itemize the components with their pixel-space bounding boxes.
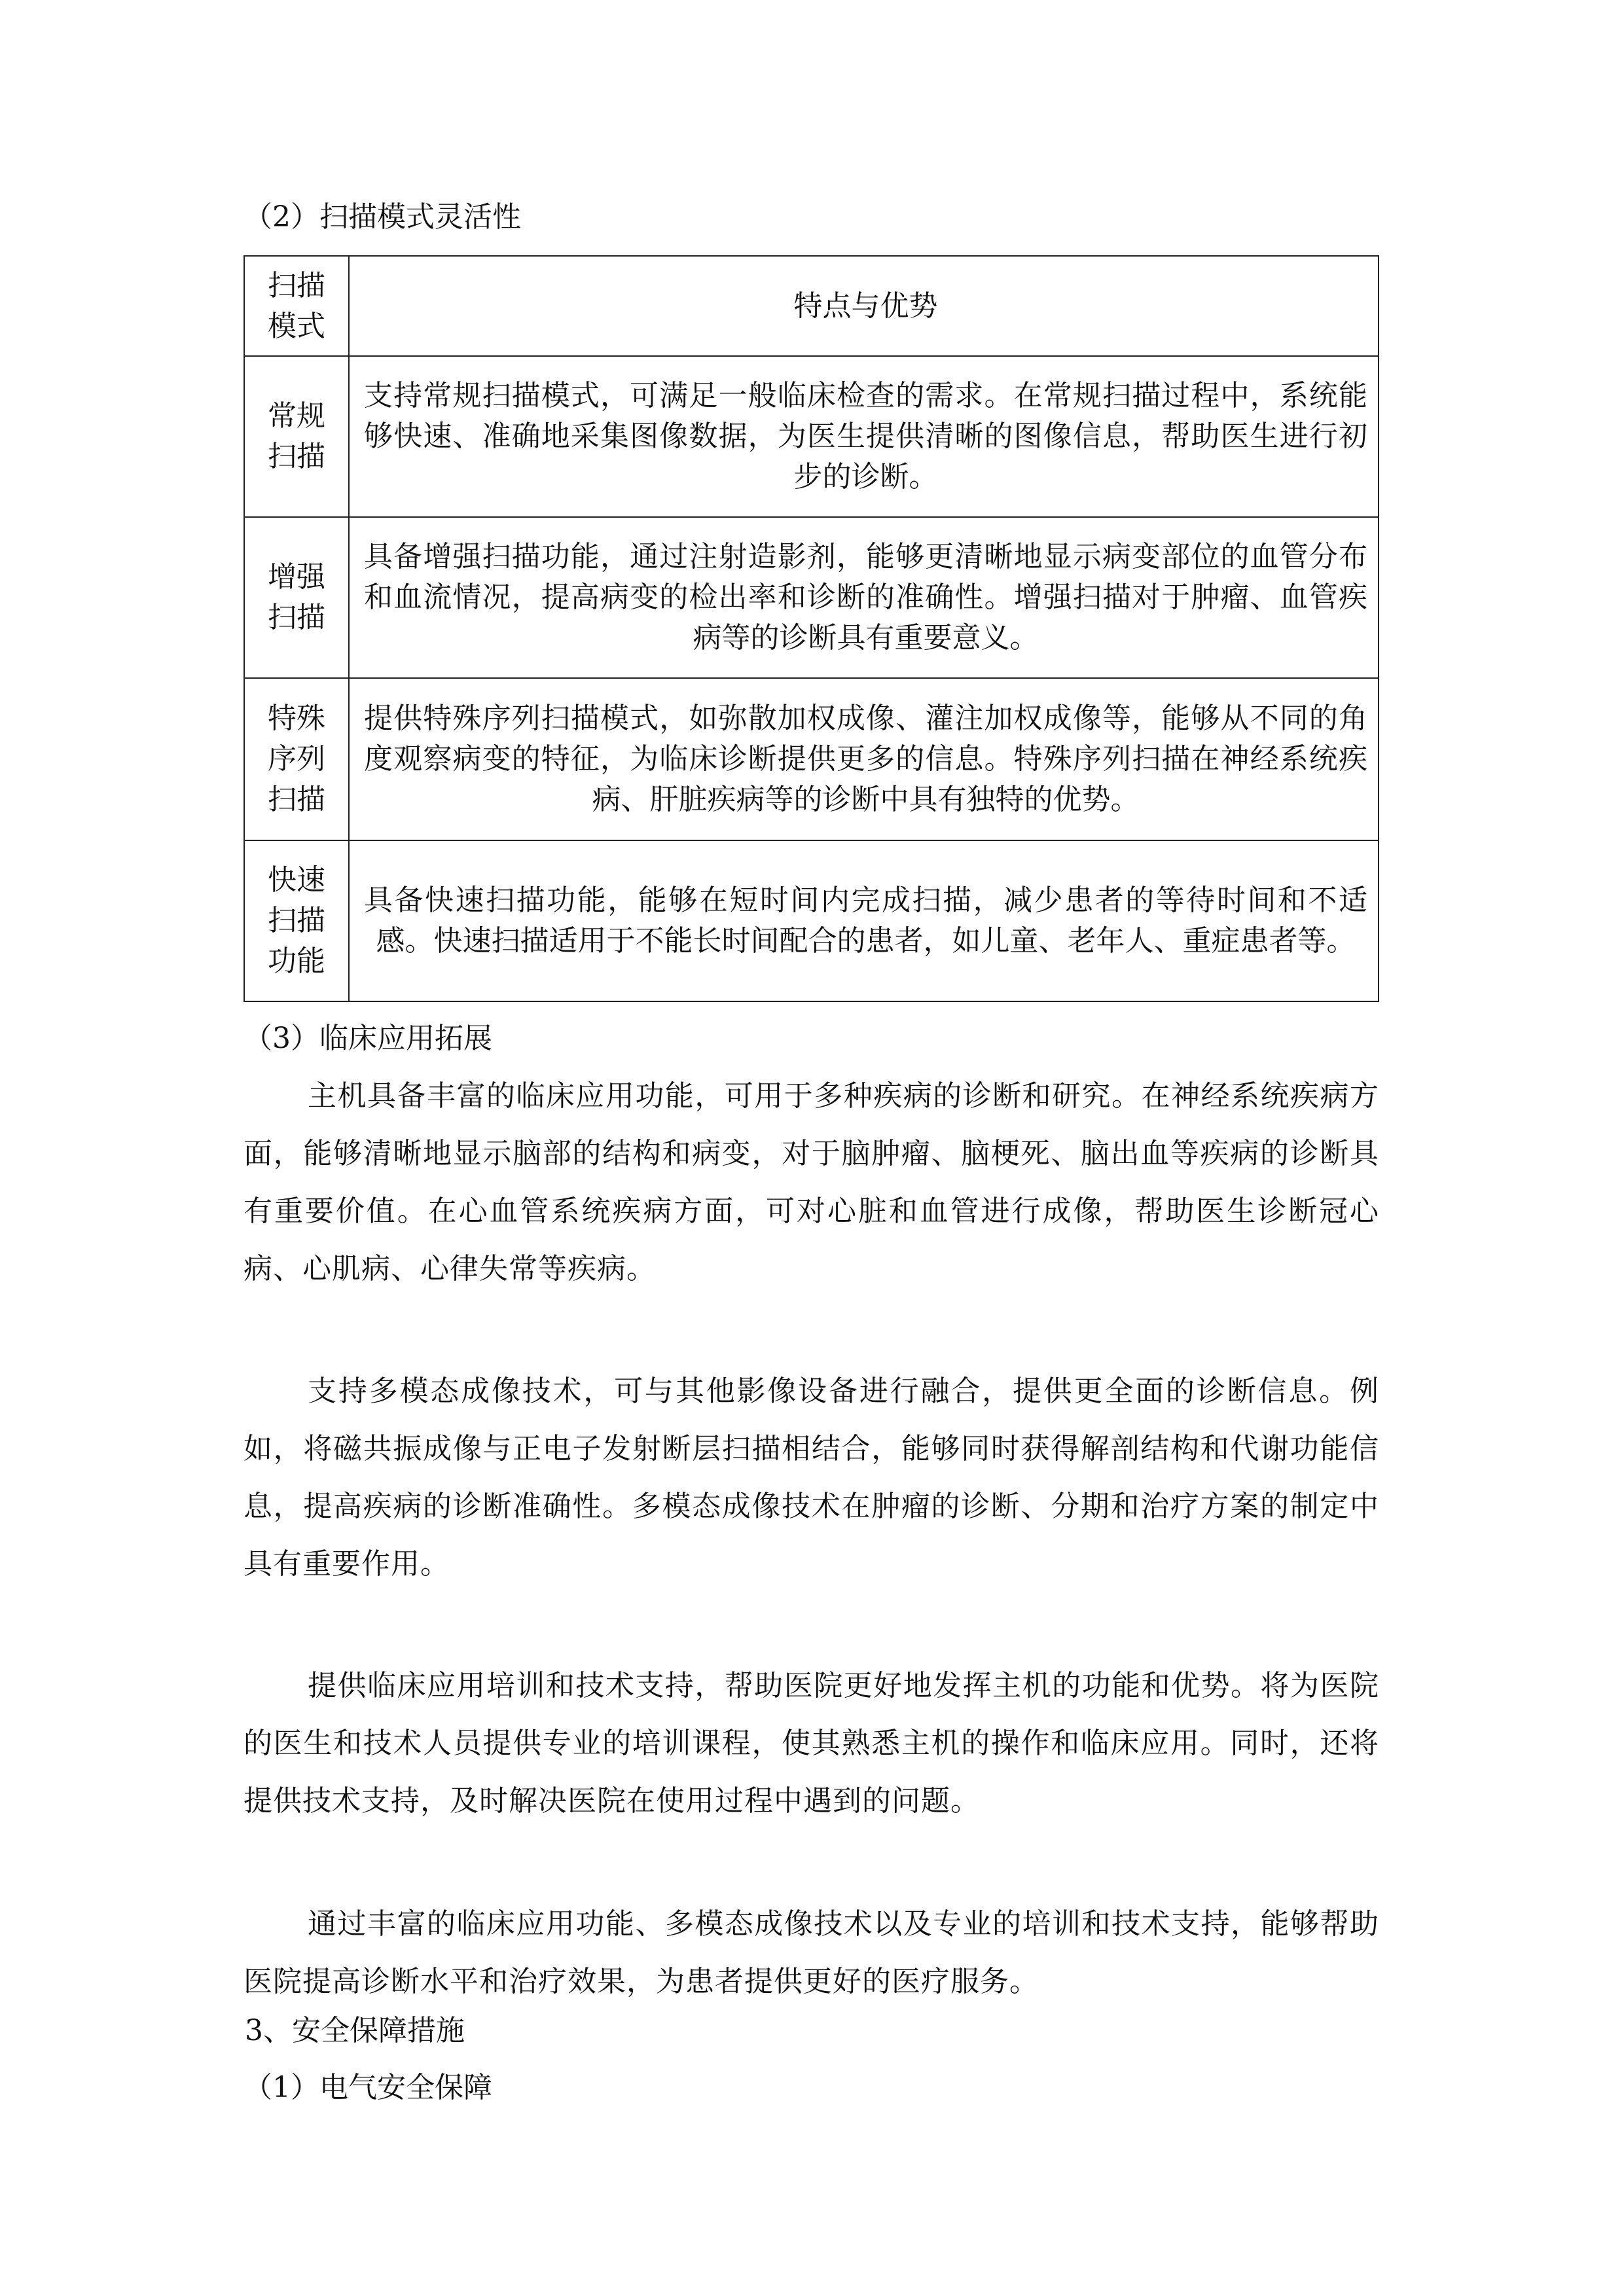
document-page: （2）扫描模式灵活性 扫描 模式 特点与优势 常规 扫描 支持常规扫描模式，可满… — [0, 0, 1624, 2296]
section-heading-clinical-application: （3）临床应用拓展 — [244, 1019, 492, 1058]
table-cell-description: 提供特殊序列扫描模式，如弥散加权成像、灌注加权成像等，能够从不同的角度观察病变的… — [349, 678, 1379, 840]
table-row: 特殊 序列 扫描 提供特殊序列扫描模式，如弥散加权成像、灌注加权成像等，能够从不… — [244, 678, 1379, 840]
paragraph-multimodal-imaging: 支持多模态成像技术，可与其他影像设备进行融合，提供更全面的诊断信息。例如，将磁共… — [244, 1363, 1379, 1593]
paragraph-clinical-functions: 主机具备丰富的临床应用功能，可用于多种疾病的诊断和研究。在神经系统疾病方面，能够… — [244, 1067, 1379, 1298]
scan-mode-table: 扫描 模式 特点与优势 常规 扫描 支持常规扫描模式，可满足一般临床检查的需求。… — [244, 255, 1379, 1002]
table-cell-mode: 快速 扫描 功能 — [244, 840, 349, 1001]
table-cell-description: 支持常规扫描模式，可满足一般临床检查的需求。在常规扫描过程中，系统能够快速、准确… — [349, 356, 1379, 517]
table-header-row: 扫描 模式 特点与优势 — [244, 256, 1379, 356]
section-heading-scan-mode-flexibility: （2）扫描模式灵活性 — [244, 198, 521, 237]
subsection-heading-electrical-safety: （1）电气安全保障 — [244, 2068, 492, 2108]
paragraph-training-support: 提供临床应用培训和技术支持，帮助医院更好地发挥主机的功能和优势。将为医院的医生和… — [244, 1657, 1379, 1830]
table-cell-mode: 特殊 序列 扫描 — [244, 678, 349, 840]
table-row: 快速 扫描 功能 具备快速扫描功能，能够在短时间内完成扫描，减少患者的等待时间和… — [244, 840, 1379, 1001]
table-row: 常规 扫描 支持常规扫描模式，可满足一般临床检查的需求。在常规扫描过程中，系统能… — [244, 356, 1379, 517]
table-cell-mode: 增强 扫描 — [244, 517, 349, 678]
table-header-mode: 扫描 模式 — [244, 256, 349, 356]
table-cell-description: 具备快速扫描功能，能够在短时间内完成扫描，减少患者的等待时间和不适感。快速扫描适… — [349, 840, 1379, 1001]
chapter-heading-safety-measures: 3、安全保障措施 — [245, 2011, 465, 2051]
table-cell-description: 具备增强扫描功能，通过注射造影剂，能够更清晰地显示病变部位的血管分布和血流情况，… — [349, 517, 1379, 678]
paragraph-summary: 通过丰富的临床应用功能、多模态成像技术以及专业的培训和技术支持，能够帮助医院提高… — [244, 1895, 1379, 2011]
table-header-features: 特点与优势 — [349, 256, 1379, 356]
table-cell-mode: 常规 扫描 — [244, 356, 349, 517]
table-row: 增强 扫描 具备增强扫描功能，通过注射造影剂，能够更清晰地显示病变部位的血管分布… — [244, 517, 1379, 678]
